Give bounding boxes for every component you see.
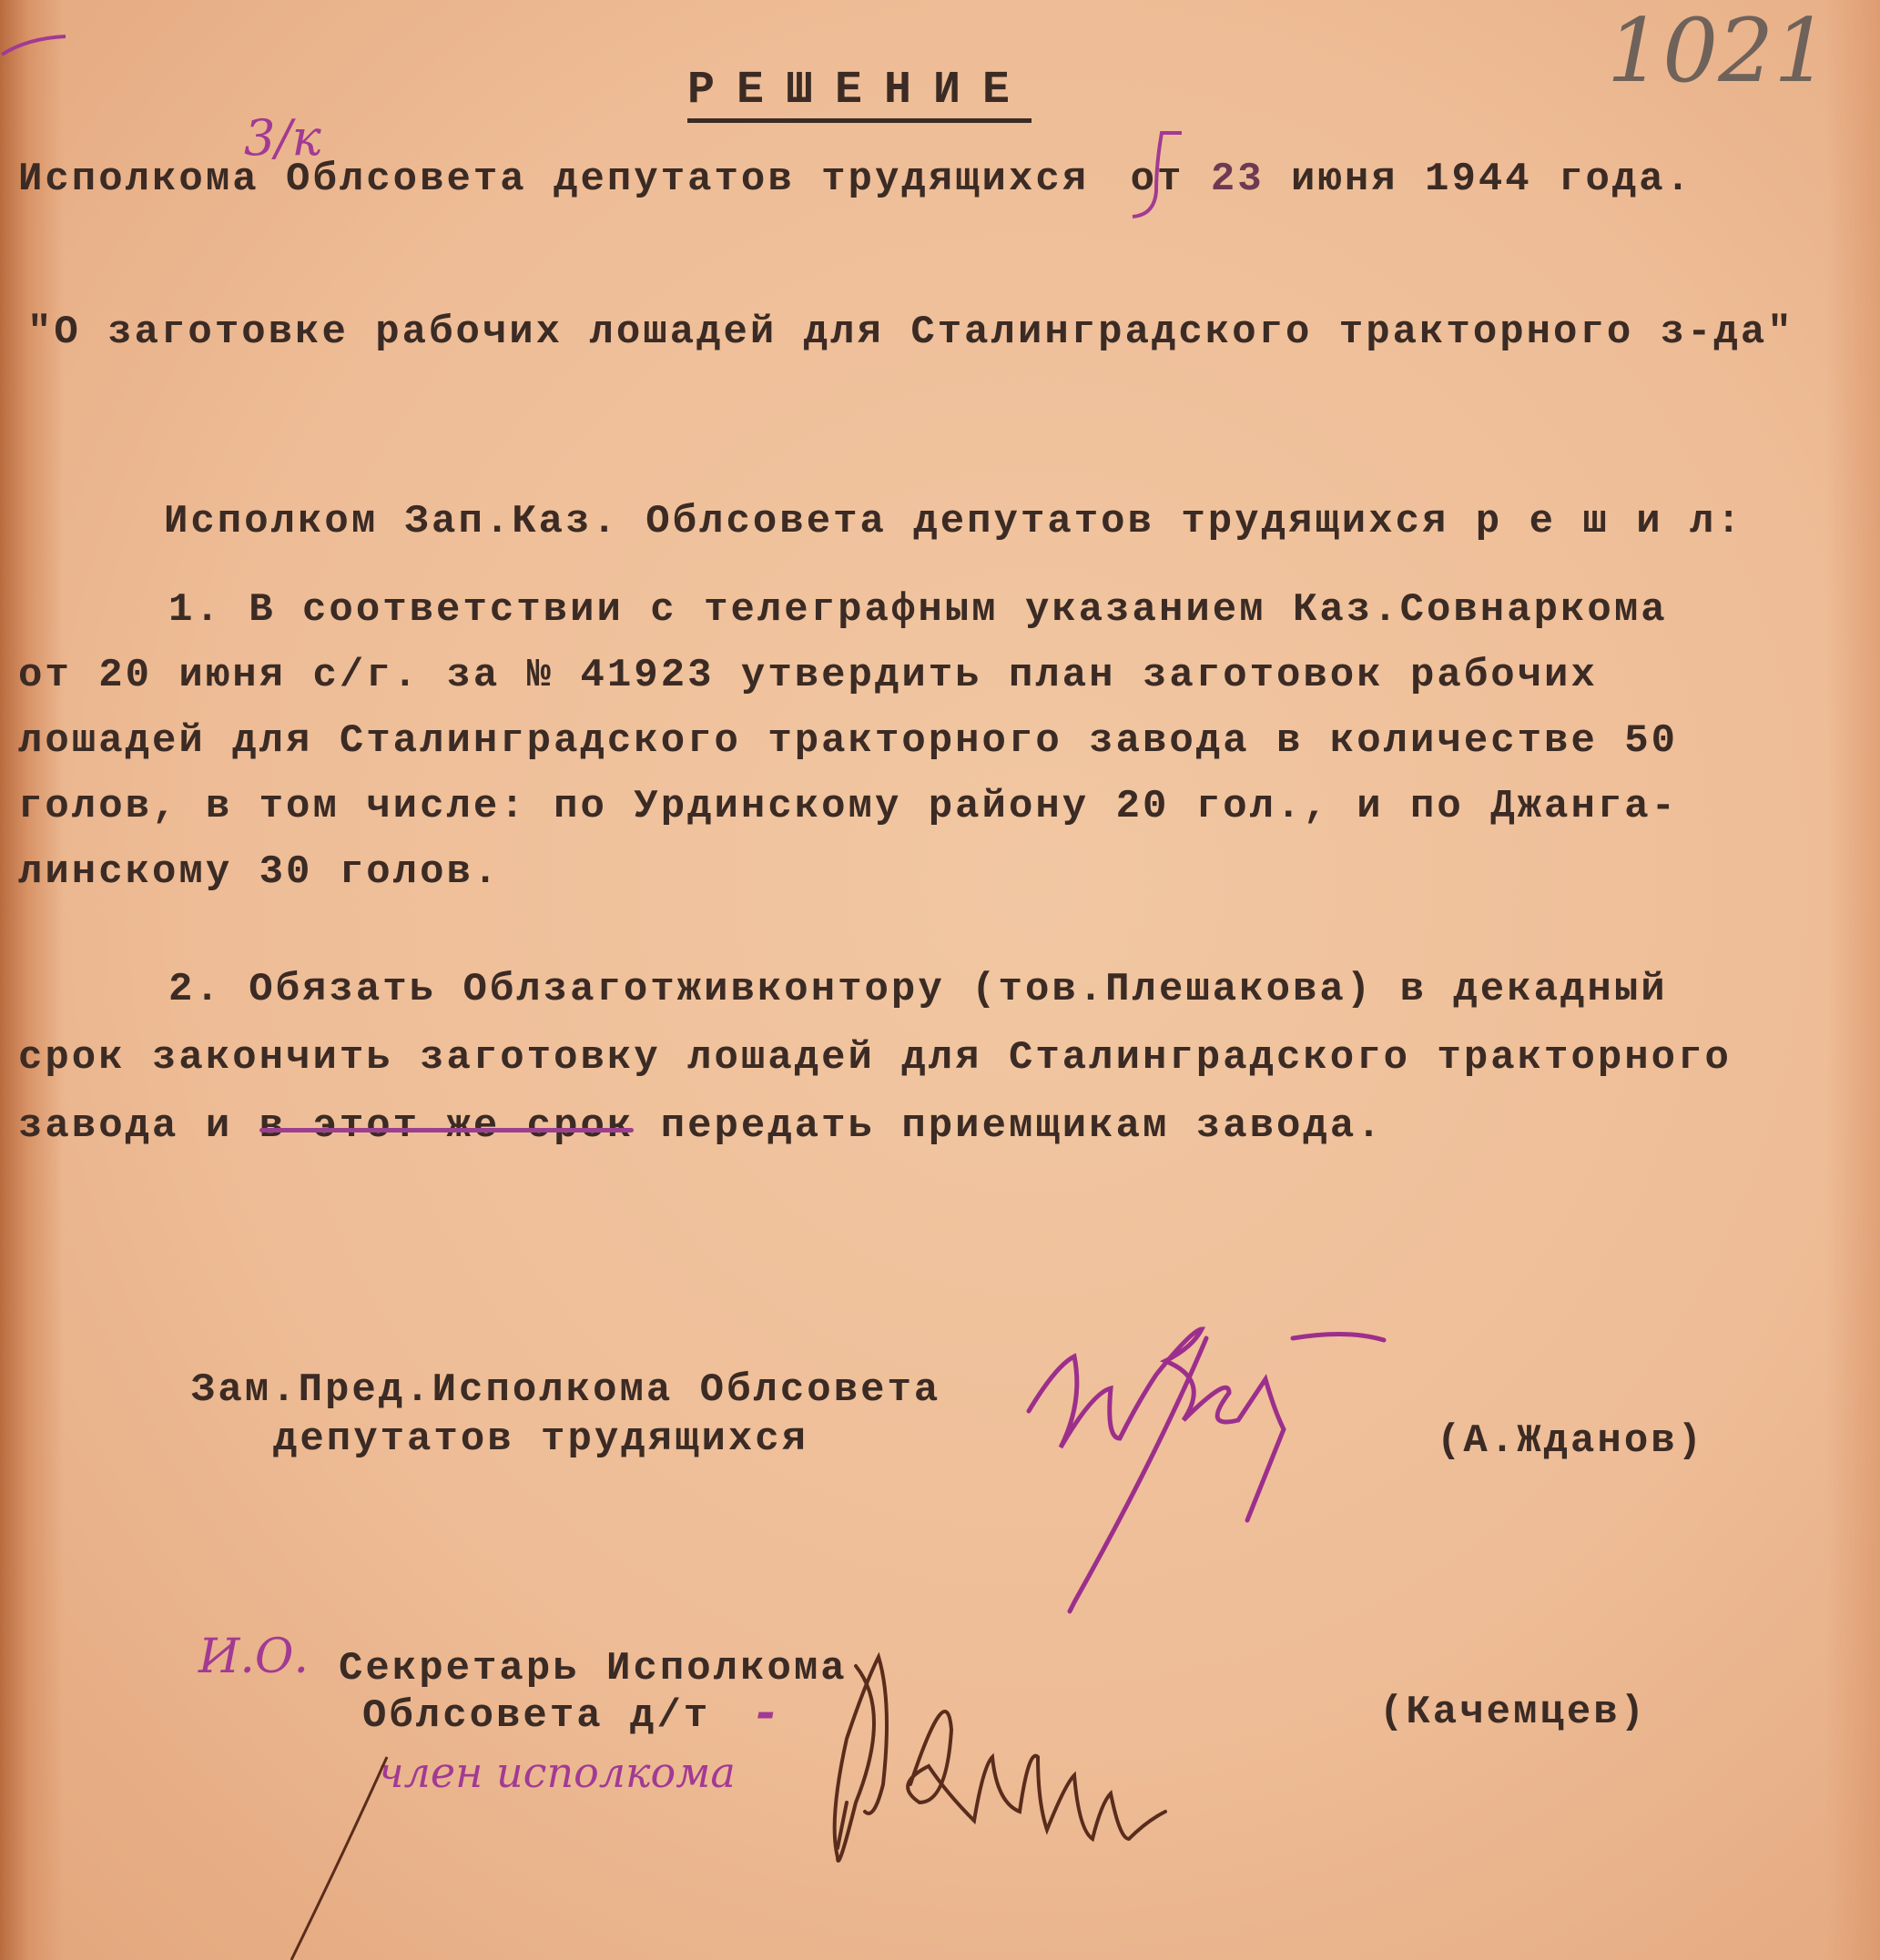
item-2-last-line: завода и в этот же срок передать приемщи… — [18, 1103, 1384, 1149]
item-1-line: голов, в том числе: по Урдинскому району… — [18, 784, 1678, 829]
document-topic: "О заготовке рабочих лошадей для Сталинг… — [27, 310, 1794, 355]
archive-page-number: 1021 — [1607, 0, 1829, 102]
signatory-name: (Качемцев) — [1379, 1690, 1647, 1735]
register-annotation: 3/к — [244, 109, 321, 167]
item-2-line: 2. Обязать Облзаготживконтору (тов.Плеша… — [168, 967, 1668, 1012]
page-edge-shadow — [1825, 0, 1880, 1960]
struck-out-text: в этот же срок — [259, 1103, 635, 1149]
handwritten-signature-kachemtsev — [255, 1620, 1384, 1960]
signatory-name: (А.Жданов) — [1437, 1418, 1704, 1464]
document-title: РЕШЕНИЕ — [687, 66, 1031, 123]
subtitle-part-2: Облсовета депутатов трудящихся — [286, 157, 1089, 202]
date-bracket-mark — [1129, 127, 1184, 228]
item-2-text-after: передать приемщикам завода. — [634, 1103, 1383, 1149]
item-1-line: лошадей для Сталинградского тракторного … — [18, 718, 1678, 764]
binding-spine-shadow — [0, 0, 64, 1960]
item-1-line: 1. В соответствии с телеграфным указание… — [168, 587, 1668, 633]
signatory-title-line: депутатов трудящихся — [273, 1417, 808, 1462]
signatory-title-line: Зам.Пред.Исполкома Облсовета — [191, 1367, 940, 1413]
subtitle-part-1: Исполкома — [18, 157, 259, 202]
margin-mark — [0, 27, 73, 64]
item-2-line: срок закончить заготовку лошадей для Ста… — [18, 1035, 1732, 1081]
item-1-line: от 20 июня с/г. за № 41923 утвердить пла… — [18, 653, 1598, 698]
handwritten-signature-zhdanov — [1020, 1293, 1475, 1620]
date-day: 23 — [1211, 157, 1265, 202]
item-2-text-before: завода и — [18, 1103, 259, 1149]
preamble: Исполком Зап.Каз. Облсовета депутатов тр… — [164, 499, 1743, 544]
date-rest: июня 1944 года. — [1291, 157, 1692, 202]
item-1-line: линскому 30 голов. — [18, 849, 500, 895]
